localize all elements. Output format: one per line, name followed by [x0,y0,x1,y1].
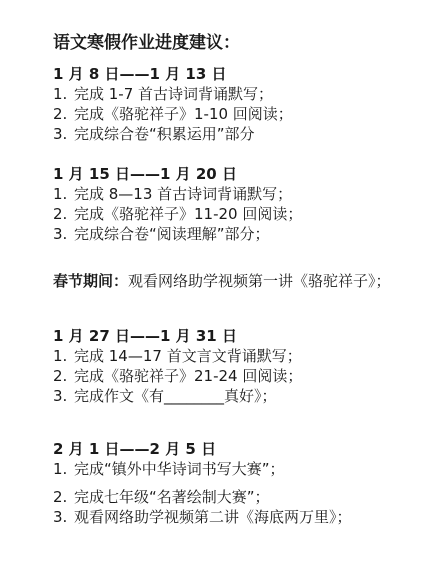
task-number: 3. [53,224,74,244]
task-text: 完成 1-7 首古诗词背诵默写； [74,84,421,104]
task-item: 1. 完成 1-7 首古诗词背诵默写； [53,84,421,104]
date-range-heading: 1 月 27 日——1 月 31 日 [53,326,421,346]
document-title: 语文寒假作业进度建议： [53,33,421,53]
task-number: 1. [53,459,74,479]
spring-festival-note: 春节期间：观看网络助学视频第一讲《骆驼祥子》； [53,271,421,291]
schedule-section-jan8: 1 月 8 日——1 月 13 日 1. 完成 1-7 首古诗词背诵默写； 2.… [53,64,421,144]
task-item: 1. 完成 8—13 首古诗词背诵默写； [53,184,421,204]
task-text: 完成“镇外中华诗词书写大赛”； [74,459,421,479]
task-item: 2. 完成《骆驼祥子》1-10 回阅读； [53,104,421,124]
task-text: 完成作文《有________真好》； [74,386,421,406]
task-number: 3. [53,386,74,406]
homework-schedule-document: 语文寒假作业进度建议： 1 月 8 日——1 月 13 日 1. 完成 1-7 … [0,0,435,527]
task-number: 2. [53,204,74,224]
task-item: 2. 完成《骆驼祥子》21-24 回阅读； [53,366,421,386]
task-number: 2. [53,366,74,386]
task-list: 1. 完成 8—13 首古诗词背诵默写； 2. 完成《骆驼祥子》11-20 回阅… [53,184,421,244]
document-page: { "document": { "title": "语文寒假作业进度建议：", … [0,0,435,581]
schedule-section-feb1: 2 月 1 日——2 月 5 日 1. 完成“镇外中华诗词书写大赛”； 2. 完… [53,439,421,527]
task-item: 2. 完成《骆驼祥子》11-20 回阅读； [53,204,421,224]
task-item: 3. 完成综合卷“积累运用”部分 [53,124,421,144]
task-item: 1. 完成 14—17 首文言文背诵默写； [53,346,421,366]
task-text: 完成 14—17 首文言文背诵默写； [74,346,421,366]
task-number: 3. [53,507,74,527]
spring-festival-label: 春节期间： [53,272,128,290]
task-text: 完成七年级“名著绘制大赛”； [74,487,421,507]
task-list: 1. 完成 1-7 首古诗词背诵默写； 2. 完成《骆驼祥子》1-10 回阅读；… [53,84,421,144]
task-text: 完成 8—13 首古诗词背诵默写； [74,184,421,204]
task-number: 1. [53,346,74,366]
task-text: 完成综合卷“阅读理解”部分； [74,224,421,244]
task-item: 3. 完成作文《有________真好》； [53,386,421,406]
task-text: 完成《骆驼祥子》21-24 回阅读； [74,366,421,386]
task-number: 3. [53,124,74,144]
task-item: 1. 完成“镇外中华诗词书写大赛”； [53,459,421,479]
date-range-heading: 1 月 8 日——1 月 13 日 [53,64,421,84]
task-number: 2. [53,104,74,124]
date-range-heading: 1 月 15 日——1 月 20 日 [53,164,421,184]
date-range-heading: 2 月 1 日——2 月 5 日 [53,439,421,459]
spring-festival-text: 观看网络助学视频第一讲《骆驼祥子》； [128,272,391,290]
task-text: 观看网络助学视频第二讲《海底两万里》； [74,507,421,527]
task-item: 3. 观看网络助学视频第二讲《海底两万里》； [53,507,421,527]
schedule-section-jan15: 1 月 15 日——1 月 20 日 1. 完成 8—13 首古诗词背诵默写； … [53,164,421,244]
task-list: 1. 完成 14—17 首文言文背诵默写； 2. 完成《骆驼祥子》21-24 回… [53,346,421,406]
schedule-section-jan27: 1 月 27 日——1 月 31 日 1. 完成 14—17 首文言文背诵默写；… [53,326,421,406]
task-text: 完成综合卷“积累运用”部分 [74,124,421,144]
task-text: 完成《骆驼祥子》11-20 回阅读； [74,204,421,224]
task-text: 完成《骆驼祥子》1-10 回阅读； [74,104,421,124]
task-item: 2. 完成七年级“名著绘制大赛”； [53,487,421,507]
task-number: 2. [53,487,74,507]
task-list: 1. 完成“镇外中华诗词书写大赛”； 2. 完成七年级“名著绘制大赛”； 3. … [53,459,421,527]
task-item: 3. 完成综合卷“阅读理解”部分； [53,224,421,244]
task-number: 1. [53,184,74,204]
task-number: 1. [53,84,74,104]
